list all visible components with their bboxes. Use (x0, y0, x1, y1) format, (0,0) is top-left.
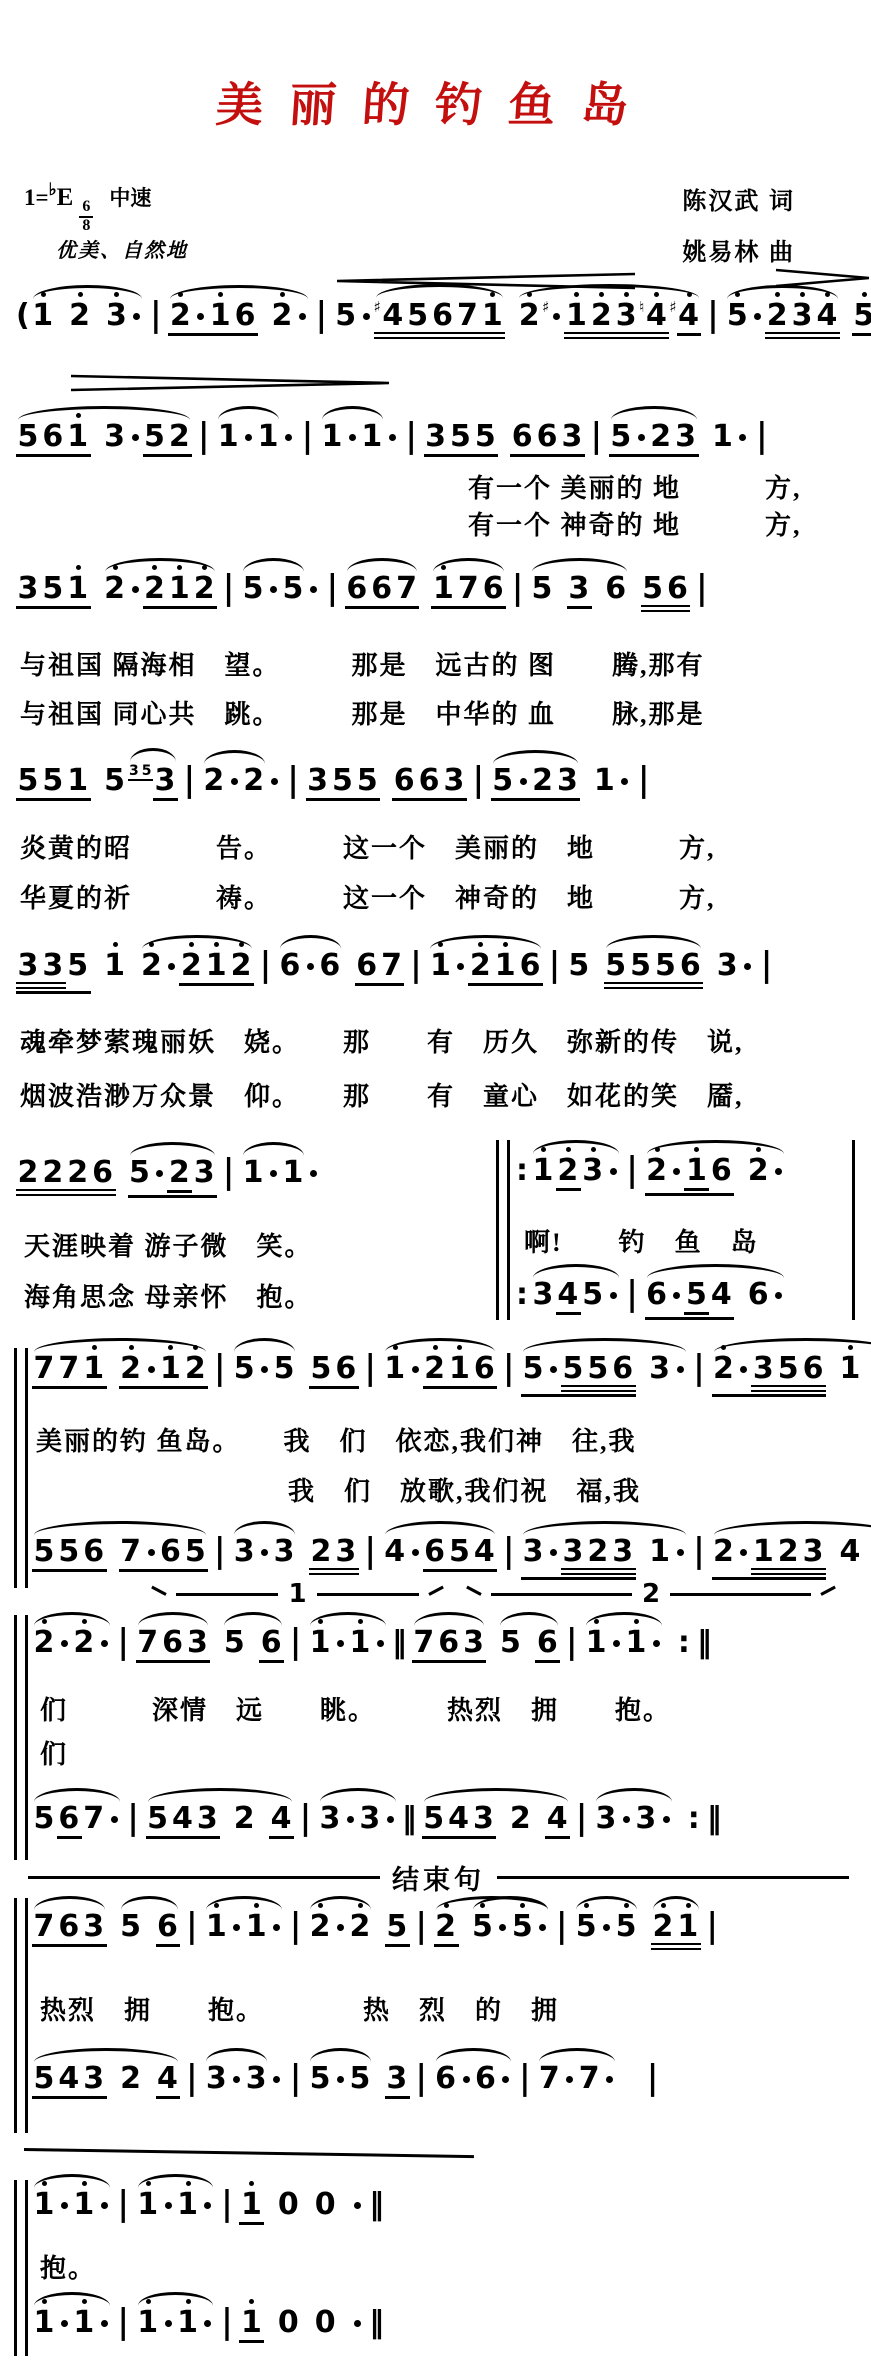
page-title: 美丽的钓鱼岛 (0, 68, 871, 135)
key-signature: 1=♭E68中速 (24, 180, 151, 235)
notation-line-12-upper: 11|11|100‖ (32, 2172, 389, 2225)
notation-line-10: 76356|11|225|255|5521| (32, 1894, 725, 1950)
system-brace (14, 1898, 28, 2133)
notation-line-8: 22|76356|11‖76356|11:‖ (32, 1610, 717, 1663)
lyrics-line: 海角思念 母亲怀 抱。 (24, 1277, 313, 1314)
volta-bracket-1: 1 (150, 1583, 445, 1605)
lyrics-line: 与祖国 隔海相 望。 那是 远古的 图 腾,那有 (20, 645, 705, 682)
notation-line-3: 5515353|22|355663|5231| (16, 746, 656, 801)
lyrics-line: 抱。 (40, 2248, 96, 2285)
lyrics-line: 与祖国 同心共 跳。 那是 中华的 血 脉,那是 (20, 694, 705, 731)
notation-line-2: 3512212|55|667176|53656| (16, 556, 714, 612)
notation-line-12-lower: 11|11|100‖ (32, 2290, 389, 2343)
system-brace (14, 1348, 28, 1588)
time-numerator: 6 (79, 199, 93, 218)
notation-line-6: 771212|5556|1216|55563|235616| (32, 1336, 871, 1397)
notation-line-7: 556765|3323|4654|33231|212342| (32, 1519, 871, 1580)
lyrics-line: 烟波浩渺万众景 仰。 那 有 童心 如花的笑 靥, (20, 1076, 744, 1113)
lyrics-line: 美丽的钓 鱼岛。 我 们 依恋,我们神 往,我 (36, 1421, 637, 1458)
flat-sign: ♭ (49, 180, 57, 199)
volta-number-1: 1 (288, 1581, 306, 1607)
system-end-barline (852, 1140, 855, 1320)
lyrics-line: 有一个 神奇的 地 方, (468, 505, 802, 542)
system-brace-repeat (496, 1140, 510, 1320)
lyrics-line: 炎黄的昭 告。 这一个 美丽的 地 方, (20, 828, 716, 865)
notation-line-9: 567|54324|33‖54324|33:‖ (32, 1786, 727, 1839)
volta-number-2: 2 (642, 1581, 660, 1607)
lyrics-line: 们 (40, 1734, 68, 1771)
lyricist-credit: 陈汉武 词 (682, 176, 795, 227)
lyrics-line: 们 深情 远 眺。 热烈 拥 抱。 (40, 1690, 671, 1727)
lyrics-line: 我 们 放歌,我们祝 福,我 (36, 1471, 641, 1508)
phrase-extension-line (24, 2148, 474, 2158)
notation-line-11: 54324|33|553|66|77| (32, 2046, 665, 2099)
coda-label-text: 结束句 (392, 1858, 485, 1897)
system-brace (14, 1615, 28, 1860)
notation-line-5-lower-voice: :345|6546 (514, 1262, 786, 1320)
time-signature: 68 (79, 199, 93, 235)
notation-line-5-left: 2226523|11 (16, 1140, 321, 1198)
lyrics-line: 天涯映着 游子微 笑。 (24, 1226, 313, 1263)
time-denominator: 8 (79, 218, 93, 235)
tempo-marking: 中速 (109, 186, 151, 210)
credits: 陈汉武 词 姚易林 曲 (682, 176, 795, 278)
lyrics-line: 有一个 美丽的 地 方, (468, 468, 802, 505)
decrescendo-hairpin-2 (70, 374, 390, 392)
lyrics-line: 啊! 钓 鱼 岛 (524, 1222, 759, 1259)
volta-bracket-2: 2 (465, 1583, 837, 1605)
lyrics-line: 华夏的祈 祷。 这一个 神奇的 地 方, (20, 878, 716, 915)
sheet-music-page: 美丽的钓鱼岛 1=♭E68中速 优美、自然地 陈汉武 词 姚易林 曲 (123|… (0, 0, 871, 2362)
key-prefix: 1= (24, 185, 49, 210)
notation-line-intro: (123|2162|5♯456712♯123♮4♯4|5234500| (16, 282, 871, 339)
lyrics-line: 热烈 拥 抱。 热 烈 的 拥 (40, 1990, 559, 2027)
notation-line-5-upper-voice: :123|2162 (514, 1138, 786, 1196)
lyrics-line: 魂牵梦萦瑰丽妖 娆。 那 有 历久 弥新的传 说, (20, 1022, 744, 1059)
key-letter: E (57, 184, 74, 211)
system-brace (14, 2180, 28, 2356)
coda-section-label: 结束句 (28, 1858, 849, 1897)
expression-marking: 优美、自然地 (56, 234, 188, 263)
notation-line-4: 33512212|6667|1216|555563| (16, 933, 779, 994)
notation-line-1: 561352|11|11|355663|5231| (16, 404, 774, 457)
